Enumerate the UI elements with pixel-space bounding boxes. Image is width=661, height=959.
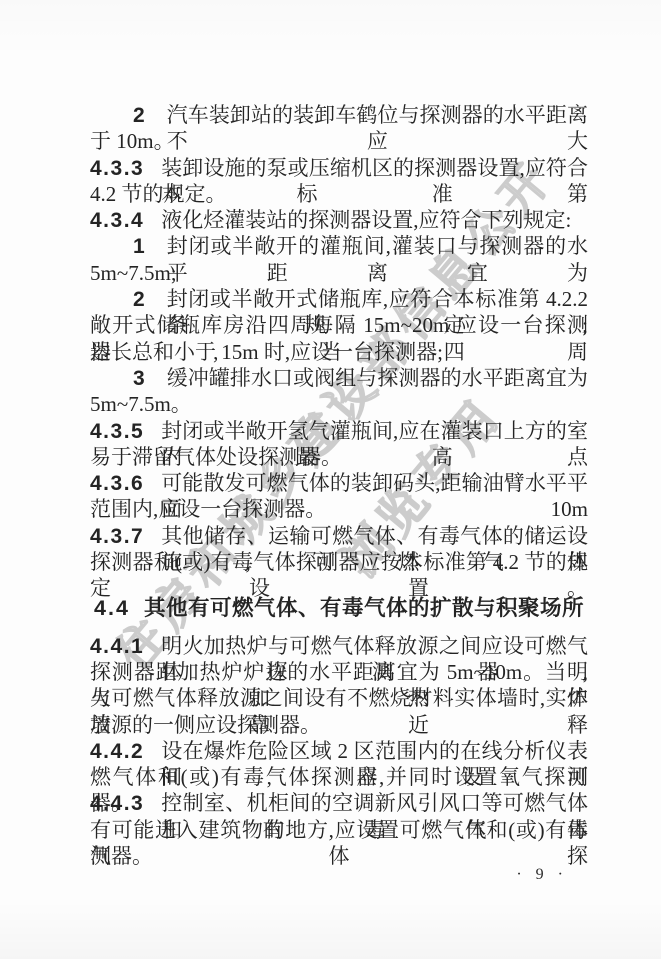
clause-number: 4.4.1 bbox=[90, 634, 144, 660]
line-text: 放源的一侧应设探测器。 bbox=[90, 712, 588, 738]
line-text: 边长总和小于 15m 时,应设一台探测器; bbox=[90, 339, 588, 365]
clause-line: 4.4.2设在爆炸危险区域 2 区范围内的在线分析仪表间,应设可 bbox=[90, 738, 588, 764]
clause-line: 4.3.7其他储存、运输可燃气体、有毒气体的储运设施,可燃气体 bbox=[90, 523, 588, 549]
text-line: 边长总和小于 15m 时,应设一台探测器; bbox=[90, 339, 588, 365]
clause-number: 4.3.7 bbox=[90, 524, 144, 550]
clause-line: 4.3.4液化烃灌装站的探测器设置,应符合下列规定: bbox=[90, 207, 588, 233]
line-text: 范围内,应设一台探测器。 bbox=[90, 496, 588, 522]
page-number: · 9 · bbox=[516, 866, 568, 884]
clause-line: 4.3.5封闭或半敞开氢气灌瓶间,应在灌装口上方的室内最高点 bbox=[90, 418, 588, 444]
text-line: 燃气体和(或)有毒气体探测器,并同时设置氧气探测器。 bbox=[90, 764, 588, 790]
clause-line: 4.4.3控制室、机柜间的空调新风引风口等可燃气体和有毒气体 bbox=[90, 790, 588, 816]
text-line: 与可燃气体释放源之间设有不燃烧材料实体墙时,实体墙靠近释 bbox=[90, 685, 588, 711]
clause-number: 4.3.6 bbox=[90, 471, 144, 497]
text-line: 于 10m。 bbox=[90, 128, 588, 154]
clause-number: 4.3.5 bbox=[90, 419, 144, 445]
line-text: 5m~7.5m。 bbox=[90, 391, 588, 417]
clause-number: 4.3.4 bbox=[90, 208, 144, 234]
clause-number: 4.3.3 bbox=[90, 156, 144, 182]
clause-number: 2 bbox=[133, 103, 145, 129]
text-line: 范围内,应设一台探测器。 bbox=[90, 496, 588, 522]
text-line: 4.2 节的规定。 bbox=[90, 181, 588, 207]
clause-number: 4.4.3 bbox=[90, 791, 144, 817]
clause-number: 3 bbox=[133, 366, 145, 392]
section-title: 其他有可燃气体、有毒气体的扩散与积聚场所 bbox=[144, 595, 584, 621]
line-text: 4.2 节的规定。 bbox=[90, 181, 588, 207]
line-text: 液化烃灌装站的探测器设置,应符合下列规定: bbox=[161, 207, 588, 233]
line-text: 探测器和(或)有毒气体探测器应按本标准第 4.2 节的规定设置。 bbox=[90, 549, 588, 602]
clause-line: 4.3.3装卸设施的泵或压缩机区的探测器设置,应符合本标准第 bbox=[90, 155, 588, 181]
clause-line: 4.4.1明火加热炉与可燃气体释放源之间应设可燃气体探测器, bbox=[90, 633, 588, 659]
text-line: 易于滞留气体处设探测器。 bbox=[90, 444, 588, 470]
text-line: 敞开式储瓶库房沿四周每隔 15m~20m 应设一台探测器,当四周 bbox=[90, 312, 588, 338]
text-line: 放源的一侧应设探测器。 bbox=[90, 712, 588, 738]
scanned-standard-page: 住房和城乡建设部信息公开 浏览专用 2汽车装卸站的装卸车鹤位与探测器的水平距离不… bbox=[0, 0, 661, 959]
line-text: 测器。 bbox=[90, 843, 588, 869]
list-item-line: 2封闭或半敞开式储瓶库,应符合本标准第 4.2.2 条规定; bbox=[90, 286, 588, 312]
clause-line: 4.3.6可能散发可燃气体的装卸码头,距输油臂水平平面 10m bbox=[90, 470, 588, 496]
list-item-line: 1封闭或半敞开的灌瓶间,灌装口与探测器的水平距离宜为 bbox=[90, 233, 588, 259]
clause-number: 1 bbox=[133, 234, 145, 260]
list-item-line: 2汽车装卸站的装卸车鹤位与探测器的水平距离不应大 bbox=[90, 102, 588, 128]
line-text: 于 10m。 bbox=[90, 128, 588, 154]
line-text: 缓冲罐排水口或阀组与探测器的水平距离宜为 bbox=[167, 365, 588, 391]
line-text: 易于滞留气体处设探测器。 bbox=[90, 444, 588, 470]
line-text: 5m~7.5m; bbox=[90, 260, 588, 286]
text-line: 有可能进入建筑物的地方,应设置可燃气体和(或)有毒气体探 bbox=[90, 817, 588, 843]
section-heading: 4.4其他有可燃气体、有毒气体的扩散与积聚场所 bbox=[90, 595, 588, 621]
text-line: 测器。 bbox=[90, 843, 588, 869]
page-body-text: 2汽车装卸站的装卸车鹤位与探测器的水平距离不应大于 10m。4.3.3装卸设施的… bbox=[90, 102, 588, 869]
clause-number: 4.4.2 bbox=[90, 739, 144, 765]
text-line: 5m~7.5m。 bbox=[90, 391, 588, 417]
text-line: 5m~7.5m; bbox=[90, 260, 588, 286]
section-number: 4.4 bbox=[94, 595, 130, 621]
list-item-line: 3缓冲罐排水口或阀组与探测器的水平距离宜为 bbox=[90, 365, 588, 391]
text-line: 探测器和(或)有毒气体探测器应按本标准第 4.2 节的规定设置。 bbox=[90, 549, 588, 575]
text-line: 探测器距加热炉炉边的水平距离宜为 5m~10m。当明火加热炉 bbox=[90, 659, 588, 685]
clause-number: 2 bbox=[133, 287, 145, 313]
